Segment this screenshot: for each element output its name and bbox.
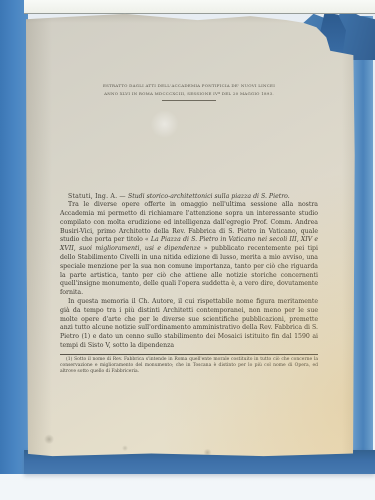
header-series-line: ESTRATTO DAGLI ATTI DELL'ACCADEMIA PONTI…	[60, 83, 318, 88]
page-header: ESTRATTO DAGLI ATTI DELL'ACCADEMIA PONTI…	[60, 83, 318, 101]
paragraphs: Tra le diverse opere offerte in omaggio …	[60, 201, 318, 351]
document-page: ESTRATTO DAGLI ATTI DELL'ACCADEMIA PONTI…	[26, 13, 356, 457]
photo-background: ESTRATTO DAGLI ATTI DELL'ACCADEMIA PONTI…	[0, 0, 375, 500]
article-author: Statuti, Ing. A. —	[68, 193, 128, 200]
book-cover-left-edge	[0, 0, 28, 474]
paragraph: Tra le diverse opere offerte in omaggio …	[60, 201, 318, 298]
article-body: Statuti, Ing. A. — Studi storico-archite…	[60, 193, 318, 375]
paragraph: In questa memoria il Ch. Autore, il cui …	[60, 298, 318, 351]
paragraph-text: » pubblicato recentemente pei tipi dello…	[60, 245, 318, 296]
article-work-title: Studi storico-architettonici sulla piazz…	[128, 193, 290, 200]
underlying-sheet-edge	[24, 0, 375, 14]
article-title: Statuti, Ing. A. — Studi storico-archite…	[60, 193, 318, 202]
paragraph-text: In questa memoria il Ch. Autore, il cui …	[60, 298, 318, 349]
book-cover-right-edge	[351, 16, 373, 472]
header-rule	[162, 100, 216, 101]
footnote: (1) Sotto il nome di Rev. Fabbrica s'int…	[60, 357, 318, 374]
page-content: ESTRATTO DAGLI ATTI DELL'ACCADEMIA PONTI…	[26, 13, 356, 457]
footnote-rule	[60, 354, 318, 355]
header-session-line: ANNO XLVI IN ROMA MDCCCXCIII, SESSIONE I…	[60, 91, 318, 96]
